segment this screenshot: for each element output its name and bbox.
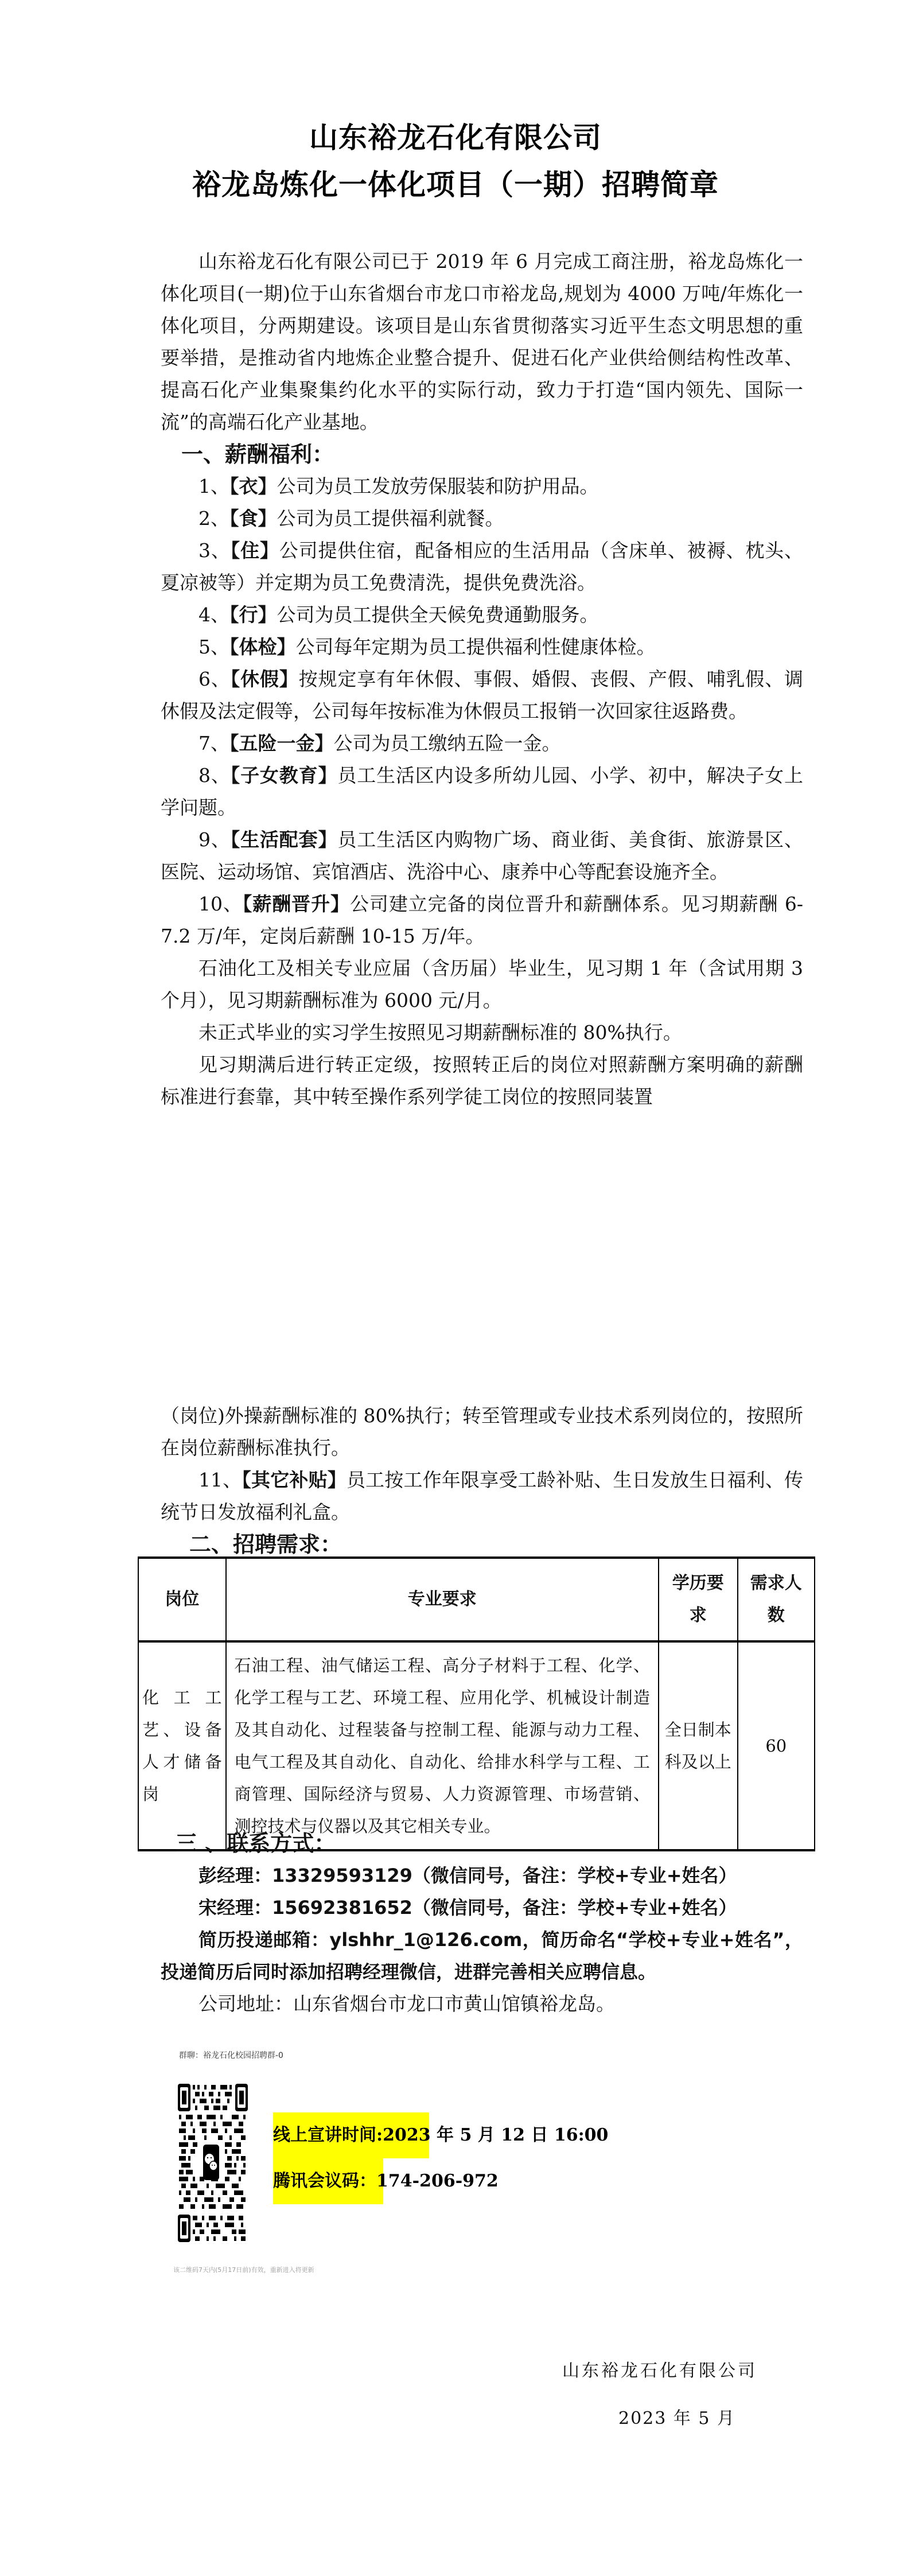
- item-number: 7、: [198, 732, 229, 754]
- item-text: 公司为员工发放劳保服装和防护用品。: [277, 475, 599, 497]
- item-tag: 【其它补贴】: [242, 1469, 347, 1491]
- item-number: 9、: [198, 828, 231, 851]
- company-title: 山东裕龙石化有限公司: [0, 115, 911, 156]
- salary-note: 见习期满后进行转正定级，按照转正后的岗位对照薪酬方案明确的薪酬标准进行套靠，其中…: [161, 1049, 803, 1113]
- qr-card: 群聊：裕龙石化校园招聘群-0: [166, 2042, 373, 2061]
- item-number: 10、: [198, 893, 243, 915]
- benefit-item: 8、【子女教育】员工生活区内设多所幼儿园、小学、初中，解决子女上学问题。: [161, 760, 803, 824]
- column-header-education: 学历要求: [659, 1558, 738, 1641]
- benefit-item: 1、【衣】公司为员工发放劳保服装和防护用品。: [161, 470, 803, 503]
- cell-majors: 石油工程、油气储运工程、高分子材料于工程、化学、化学工程与工艺、环境工程、应用化…: [226, 1641, 659, 1850]
- qr-validity-note: 该二维码7天内(5月17日前)有效，重新进入将更新: [173, 2265, 314, 2274]
- benefit-item: 6、【休假】按规定享有年休假、事假、婚假、丧假、产假、哺乳假、调休假及法定假等，…: [161, 663, 803, 727]
- table-row: 化工工艺、设备人才储备岗 石油工程、油气储运工程、高分子材料于工程、化学、化学工…: [138, 1641, 815, 1850]
- item-tag: 【衣】: [229, 475, 277, 497]
- item-tag: 【子女教育】: [231, 764, 338, 787]
- item-tag: 【休假】: [231, 668, 299, 690]
- contact-song: 宋经理：15692381652（微信同号，备注：学校+专业+姓名）: [161, 1892, 803, 1924]
- benefit-item: 7、【五险一金】公司为员工缴纳五险一金。: [161, 727, 803, 760]
- benefit-item: 3、【住】公司提供住宿，配备相应的生活用品（含床单、被褥、枕头、夏凉被等）并定期…: [161, 535, 803, 599]
- cell-count: 60: [738, 1641, 815, 1850]
- recruitment-table: 岗位 专业要求 学历要求 需求人数 化工工艺、设备人才储备岗 石油工程、油气储运…: [138, 1557, 815, 1851]
- item-number: 6、: [198, 668, 231, 690]
- meeting-code: 腾讯会议码：174-206-972: [273, 2158, 383, 2204]
- item-number: 8、: [198, 764, 231, 787]
- section-benefits-continued: （岗位)外操薪酬标准的 80%执行；转至管理或专业技术系列岗位的，按照所在岗位薪…: [161, 1400, 803, 1561]
- item-text: 公司为员工缴纳五险一金。: [334, 732, 561, 754]
- page-title: 裕龙岛炼化一体化项目（一期）招聘简章: [0, 162, 911, 203]
- signature-company: 山东裕龙石化有限公司: [562, 2356, 757, 2382]
- item-number: 11、: [198, 1469, 242, 1491]
- section-contact: 三 、联系方式： 彭经理：13329593129（微信同号，备注：学校+专业+姓…: [161, 1827, 803, 2020]
- benefit-item: 9、【生活配套】员工生活区内购物广场、商业街、美食街、旅游景区、医院、运动场馆、…: [161, 824, 803, 888]
- item-tag: 【食】: [229, 507, 277, 530]
- item-tag: 【薪酬晋升】: [243, 893, 350, 915]
- intro-paragraph: 山东裕龙石化有限公司已于 2019 年 6 月完成工商注册，裕龙岛炼化一体化项目…: [161, 246, 803, 438]
- wechat-icon: [203, 2145, 219, 2180]
- salary-note: 石油化工及相关专业应届（含历届）毕业生，见习期 1 年（含试用期 3 个月），见…: [161, 952, 803, 1017]
- signature-date: 2023 年 5 月: [618, 2404, 735, 2429]
- salary-note: 未正式毕业的实习学生按照见习期薪酬标准的 80%执行。: [161, 1017, 803, 1049]
- item-text: 公司每年定期为员工提供福利性健康体检。: [296, 636, 656, 658]
- email-line: 简历投递邮箱：ylshhr_1@126.com，简历命名“学校+专业+姓名”，投…: [161, 1924, 803, 1988]
- benefit-item: 11、【其它补贴】员工按工作年限享受工龄补贴、生日发放生日福利、传统节日发放福利…: [161, 1464, 803, 1528]
- item-number: 5、: [198, 636, 229, 658]
- qr-group-title: 群聊：裕龙石化校园招聘群-0: [179, 2049, 373, 2061]
- column-header-major: 专业要求: [226, 1558, 659, 1641]
- item-number: 4、: [198, 604, 229, 626]
- item-number: 2、: [198, 507, 229, 530]
- benefit-item: 4、【行】公司为员工提供全天候免费通勤服务。: [161, 599, 803, 631]
- column-header-count: 需求人数: [738, 1558, 815, 1641]
- item-tag: 【住】: [231, 539, 279, 562]
- item-number: 1、: [198, 475, 229, 497]
- table-header-row: 岗位 专业要求 学历要求 需求人数: [138, 1558, 815, 1641]
- item-tag: 【五险一金】: [229, 732, 334, 754]
- qr-code[interactable]: [177, 2083, 248, 2242]
- benefit-item: 5、【体检】公司每年定期为员工提供福利性健康体检。: [161, 631, 803, 663]
- item-text: 公司为员工提供福利就餐。: [277, 507, 504, 530]
- company-address: 公司地址：山东省烟台市龙口市黄山馆镇裕龙岛。: [161, 1988, 803, 2020]
- cell-position: 化工工艺、设备人才储备岗: [138, 1641, 226, 1850]
- event-time: 线上宣讲时间:2023 年 5 月 12 日 16:00: [273, 2112, 429, 2158]
- benefit-item: 10、【薪酬晋升】公司建立完备的岗位晋升和薪酬体系。见习期薪酬 6-7.2 万/…: [161, 888, 803, 952]
- section3-heading: 三 、联系方式：: [161, 1827, 803, 1859]
- salary-note-continued: （岗位)外操薪酬标准的 80%执行；转至管理或专业技术系列岗位的，按照所在岗位薪…: [161, 1400, 803, 1464]
- item-number: 3、: [198, 539, 231, 562]
- benefit-item: 2、【食】公司为员工提供福利就餐。: [161, 503, 803, 535]
- item-text: 公司为员工提供全天候免费通勤服务。: [277, 604, 599, 626]
- cell-education: 全日制本科及以上: [659, 1641, 738, 1850]
- section2-heading: 二、招聘需求：: [161, 1528, 803, 1561]
- item-tag: 【生活配套】: [231, 828, 338, 851]
- section1-heading: 一、薪酬福利：: [161, 438, 803, 470]
- column-header-position: 岗位: [138, 1558, 226, 1641]
- contact-peng: 彭经理：13329593129（微信同号，备注：学校+专业+姓名）: [161, 1859, 803, 1892]
- item-tag: 【体检】: [229, 636, 296, 658]
- item-tag: 【行】: [229, 604, 277, 626]
- section-benefits: 山东裕龙石化有限公司已于 2019 年 6 月完成工商注册，裕龙岛炼化一体化项目…: [161, 246, 803, 1113]
